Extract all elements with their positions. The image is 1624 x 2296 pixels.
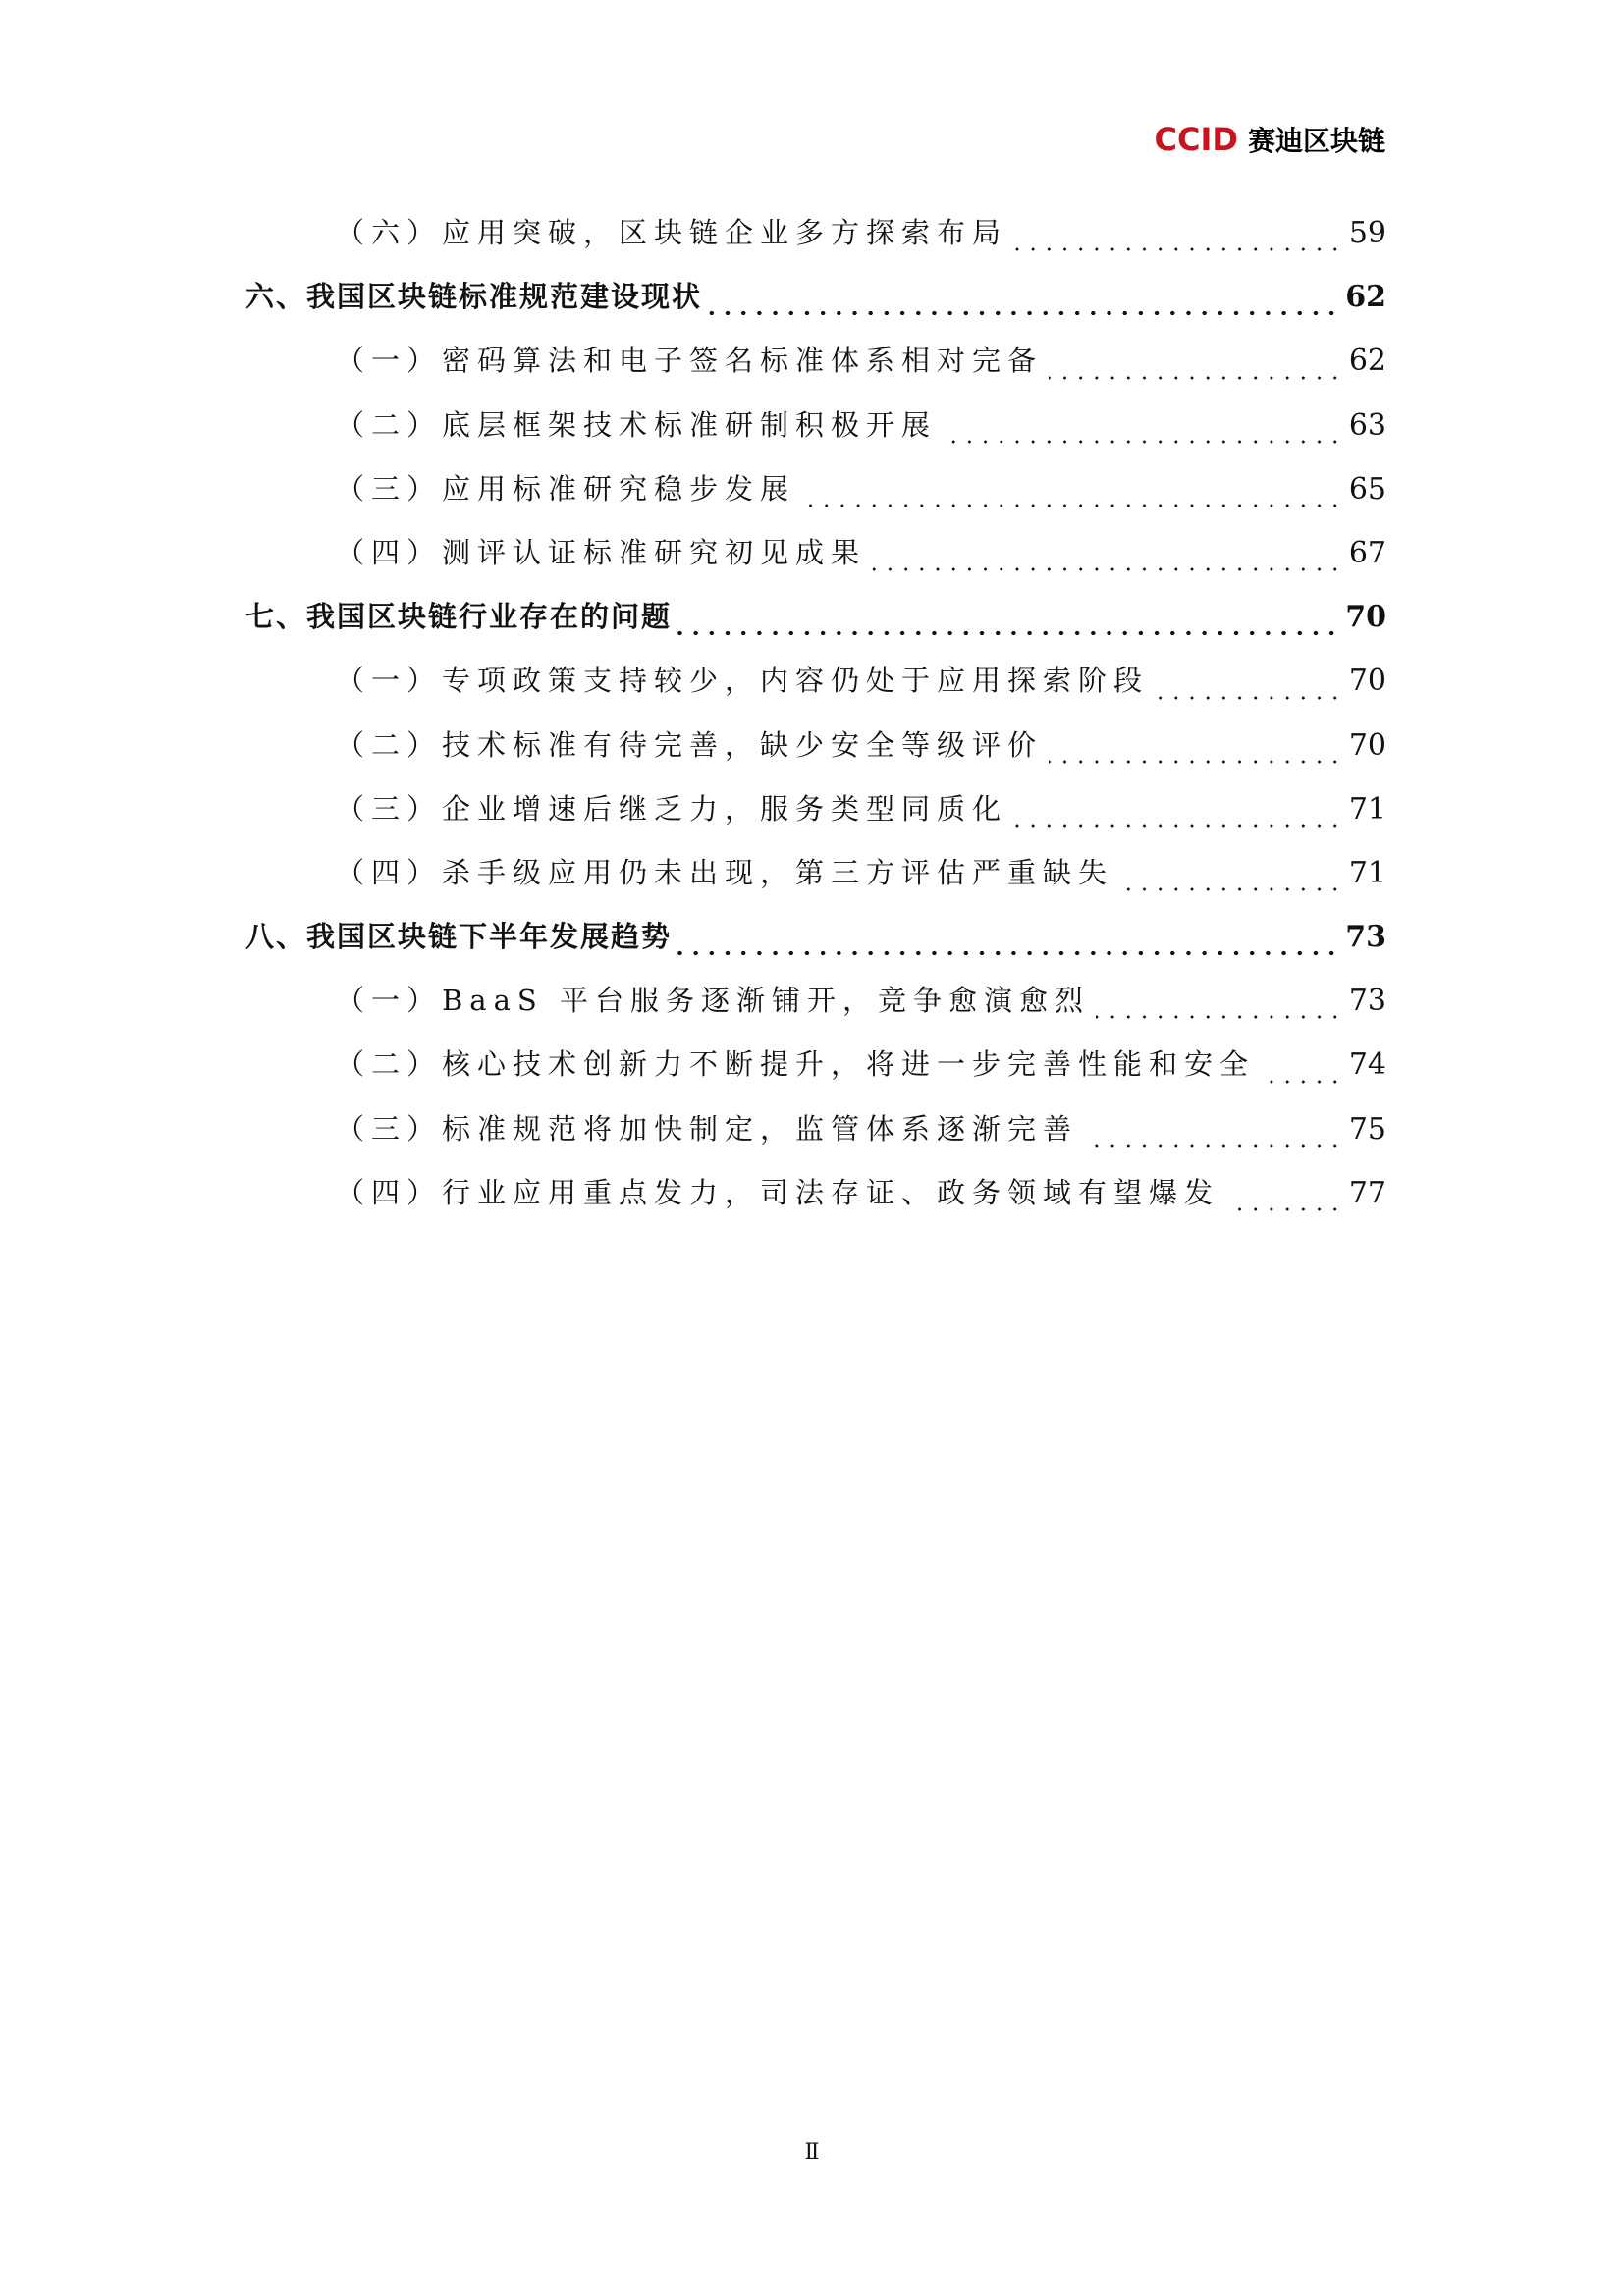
toc-entry-title: （四）行业应用重点发力，司法存证、政务领域有望爆发 (336, 1166, 1219, 1219)
toc-entry-page: 71 (1349, 847, 1386, 900)
toc-entry[interactable]: （二）核心技术创新力不断提升，将进一步完善性能和安全 74 (245, 1038, 1386, 1101)
toc-entry-page: 59 (1349, 207, 1386, 260)
toc-section[interactable]: 七、我国区块链行业存在的问题 70 (245, 590, 1386, 654)
dot-leader (872, 566, 1343, 572)
dot-leader (1119, 886, 1343, 892)
toc-entry[interactable]: （一）专项政策支持较少，内容仍处于应用探索阶段 70 (245, 654, 1386, 718)
toc-entry-title: （一）专项政策支持较少，内容仍处于应用探索阶段 (336, 654, 1149, 707)
header-logo: CCID 赛迪区块链 (1155, 120, 1385, 159)
toc-entry-page: 62 (1349, 335, 1386, 388)
toc-entry-title: （一）密码算法和电子签名标准体系相对完备 (336, 334, 1043, 387)
toc-entry-page: 74 (1349, 1039, 1386, 1092)
toc-entry[interactable]: （二）技术标准有待完善，缺少安全等级评价 70 (245, 719, 1386, 782)
toc-entry-page: 71 (1349, 783, 1386, 836)
toc-entry-page: 73 (1349, 975, 1386, 1028)
dot-leader (1084, 1143, 1343, 1148)
dot-leader (1049, 759, 1343, 765)
toc-entry-title: （一）BaaS 平台服务逐渐铺开，竞争愈演愈烈 (336, 974, 1090, 1027)
toc-entry[interactable]: （三）应用标准研究稳步发展 65 (245, 462, 1386, 526)
toc-section-title: 八、我国区块链下半年发展趋势 (245, 910, 672, 963)
toc-entry-title: （三）企业增速后继乏力，服务类型同质化 (336, 782, 1007, 835)
dot-leader (801, 503, 1343, 508)
dot-leader (1261, 1079, 1343, 1085)
toc-entry-page: 77 (1349, 1167, 1386, 1220)
toc-entry[interactable]: （六）应用突破，区块链企业多方探索布局 59 (245, 206, 1386, 270)
toc-entry[interactable]: （四）行业应用重点发力，司法存证、政务领域有望爆发 77 (245, 1166, 1386, 1230)
toc-entry[interactable]: （二）底层框架技术标准研制积极开展 63 (245, 399, 1386, 462)
toc-entry-page: 70 (1349, 720, 1386, 773)
toc-entry-title: （三）标准规范将加快制定，监管体系逐渐完善 (336, 1102, 1078, 1155)
toc-entry[interactable]: （四）测评认证标准研究初见成果 67 (245, 526, 1386, 590)
toc-entry-page: 67 (1349, 527, 1386, 580)
toc-entry-title: （三）应用标准研究稳步发展 (336, 462, 795, 515)
dot-leader (677, 630, 1339, 636)
toc-entry-page: 65 (1349, 463, 1386, 516)
dot-leader (1013, 823, 1343, 828)
dot-leader (943, 439, 1343, 445)
toc-section-page: 73 (1345, 911, 1386, 964)
table-of-contents: （六）应用突破，区块链企业多方探索布局 59 六、我国区块链标准规范建设现状 6… (245, 206, 1386, 1230)
toc-entry-title: （四）杀手级应用仍未出现，第三方评估严重缺失 (336, 846, 1113, 899)
toc-entry-page: 70 (1349, 655, 1386, 708)
toc-section[interactable]: 八、我国区块链下半年发展趋势 73 (245, 910, 1386, 974)
toc-section[interactable]: 六、我国区块链标准规范建设现状 62 (245, 270, 1386, 334)
toc-section-title: 六、我国区块链标准规范建设现状 (245, 270, 702, 323)
toc-entry-title: （六）应用突破，区块链企业多方探索布局 (336, 206, 1007, 259)
toc-entry-page: 75 (1349, 1103, 1386, 1156)
logo-brand-cn: 赛迪区块链 (1248, 120, 1385, 159)
toc-entry-title: （二）技术标准有待完善，缺少安全等级评价 (336, 719, 1043, 772)
toc-section-page: 70 (1345, 591, 1386, 644)
logo-brand: CCID (1155, 121, 1238, 158)
toc-entry[interactable]: （一）BaaS 平台服务逐渐铺开，竞争愈演愈烈 73 (245, 974, 1386, 1038)
toc-entry[interactable]: （三）标准规范将加快制定，监管体系逐渐完善 75 (245, 1102, 1386, 1166)
dot-leader (677, 950, 1339, 956)
toc-entry[interactable]: （一）密码算法和电子签名标准体系相对完备 62 (245, 334, 1386, 398)
dot-leader (1013, 246, 1343, 252)
toc-entry[interactable]: （四）杀手级应用仍未出现，第三方评估严重缺失 71 (245, 846, 1386, 910)
dot-leader (708, 310, 1339, 316)
toc-entry-title: （二）核心技术创新力不断提升，将进一步完善性能和安全 (336, 1038, 1255, 1091)
toc-entry-title: （二）底层框架技术标准研制积极开展 (336, 399, 937, 452)
toc-entry[interactable]: （三）企业增速后继乏力，服务类型同质化 71 (245, 782, 1386, 846)
dot-leader (1049, 375, 1343, 381)
toc-section-page: 62 (1345, 271, 1386, 324)
dot-leader (1225, 1206, 1343, 1212)
page-number: Ⅱ (0, 2140, 1624, 2164)
dot-leader (1096, 1014, 1343, 1020)
toc-section-title: 七、我国区块链行业存在的问题 (245, 590, 672, 643)
toc-entry-title: （四）测评认证标准研究初见成果 (336, 526, 866, 579)
toc-entry-page: 63 (1349, 400, 1386, 453)
dot-leader (1155, 695, 1343, 701)
